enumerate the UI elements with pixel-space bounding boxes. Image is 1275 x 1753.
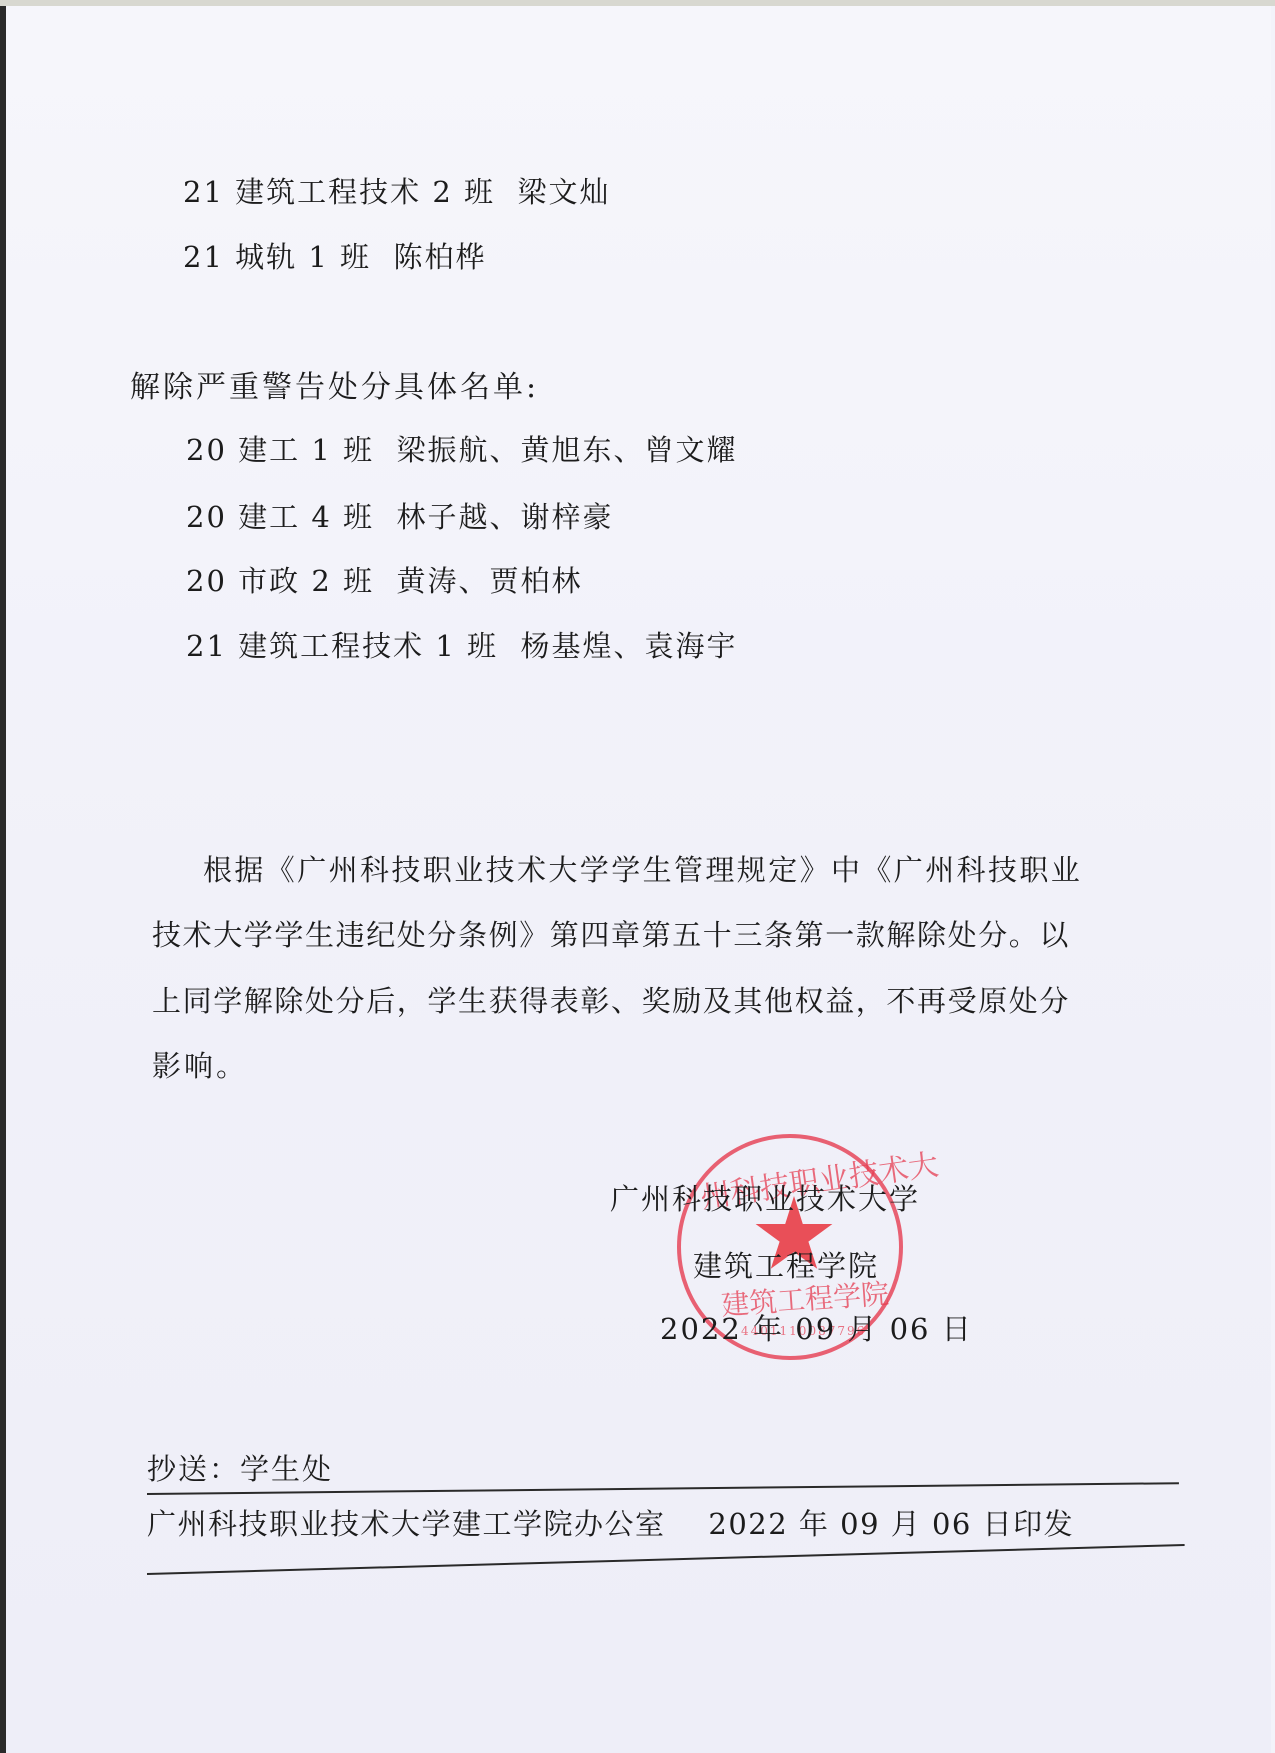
student-names: 林子越、谢梓豪 (396, 500, 613, 534)
list-item: 21 城轨 1 班 陈柏桦 (183, 243, 486, 272)
student-names: 梁文灿 (517, 175, 610, 209)
student-names: 黄涛、贾柏林 (396, 564, 582, 598)
class-name: 20 建工 1 班 (186, 433, 374, 467)
section-heading: 解除严重警告处分具体名单: (130, 373, 539, 403)
issue-line: 广州科技职业技术大学建工学院办公室 2022 年 09 月 06 日印发 (147, 1510, 1074, 1539)
class-name: 20 市政 2 班 (186, 564, 374, 598)
class-name: 20 建工 4 班 (186, 500, 374, 534)
issue-date: 2022 年 09 月 06 日印发 (708, 1507, 1074, 1541)
class-name: 21 建筑工程技术 2 班 (183, 175, 495, 209)
class-name: 21 建筑工程技术 1 班 (186, 629, 498, 663)
body-line: 根据《广州科技职业技术大学学生管理规定》中《广州科技职业 (203, 856, 1082, 885)
list-item: 20 建工 4 班 林子越、谢梓豪 (186, 503, 613, 532)
cc-line: 抄送：学生处 (147, 1455, 333, 1484)
signature-college: 建筑工程学院 (693, 1252, 879, 1281)
signature-date: 2022 年 09 月 06 日 (660, 1315, 973, 1344)
signature-university: 广州科技职业技术大学 (610, 1185, 920, 1214)
class-name: 21 城轨 1 班 (183, 240, 371, 274)
body-line: 上同学解除处分后，学生获得表彰、奖励及其他权益，不再受原处分 (152, 987, 1070, 1016)
list-item: 20 建工 1 班 梁振航、黄旭东、曾文耀 (186, 436, 737, 465)
list-item: 21 建筑工程技术 1 班 杨基煌、袁海宇 (186, 632, 737, 661)
issuer: 广州科技职业技术大学建工学院办公室 (147, 1507, 666, 1541)
list-item: 21 建筑工程技术 2 班 梁文灿 (183, 178, 610, 207)
body-line: 技术大学学生违纪处分条例》第四章第五十三条第一款解除处分。以 (152, 921, 1070, 950)
list-item: 20 市政 2 班 黄涛、贾柏林 (186, 567, 582, 596)
student-names: 梁振航、黄旭东、曾文耀 (396, 433, 737, 467)
body-line: 影响。 (152, 1052, 248, 1081)
student-names: 杨基煌、袁海宇 (520, 629, 737, 663)
student-names: 陈柏桦 (393, 240, 486, 274)
